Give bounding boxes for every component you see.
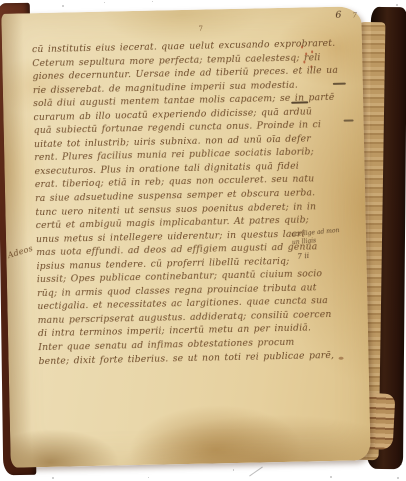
dust-speck [397,477,399,479]
manuscript-page: 6 7 7 Adeos ucellige ad mon un lligis 7 … [1,6,370,467]
top-margin-mark: 7 [199,25,204,33]
dust-speck [396,4,398,6]
dust-speck [52,477,54,479]
dust-speck [62,5,64,7]
dust-hair [249,467,263,477]
dust-speck [330,476,332,478]
margin-note-left: Adeos [7,244,35,260]
folio-number: 6 [335,10,341,21]
manuscript-photo: 6 7 7 Adeos ucellige ad mon un lligis 7 … [0,0,406,481]
folio-tick-mark: 7 [352,11,357,19]
dust-speck [152,1,153,2]
dust-speck [104,2,105,3]
text-block: cū institutis eius iecerat. quae uelut e… [32,37,355,369]
dust-speck [233,469,234,471]
dust-speck [148,477,149,478]
